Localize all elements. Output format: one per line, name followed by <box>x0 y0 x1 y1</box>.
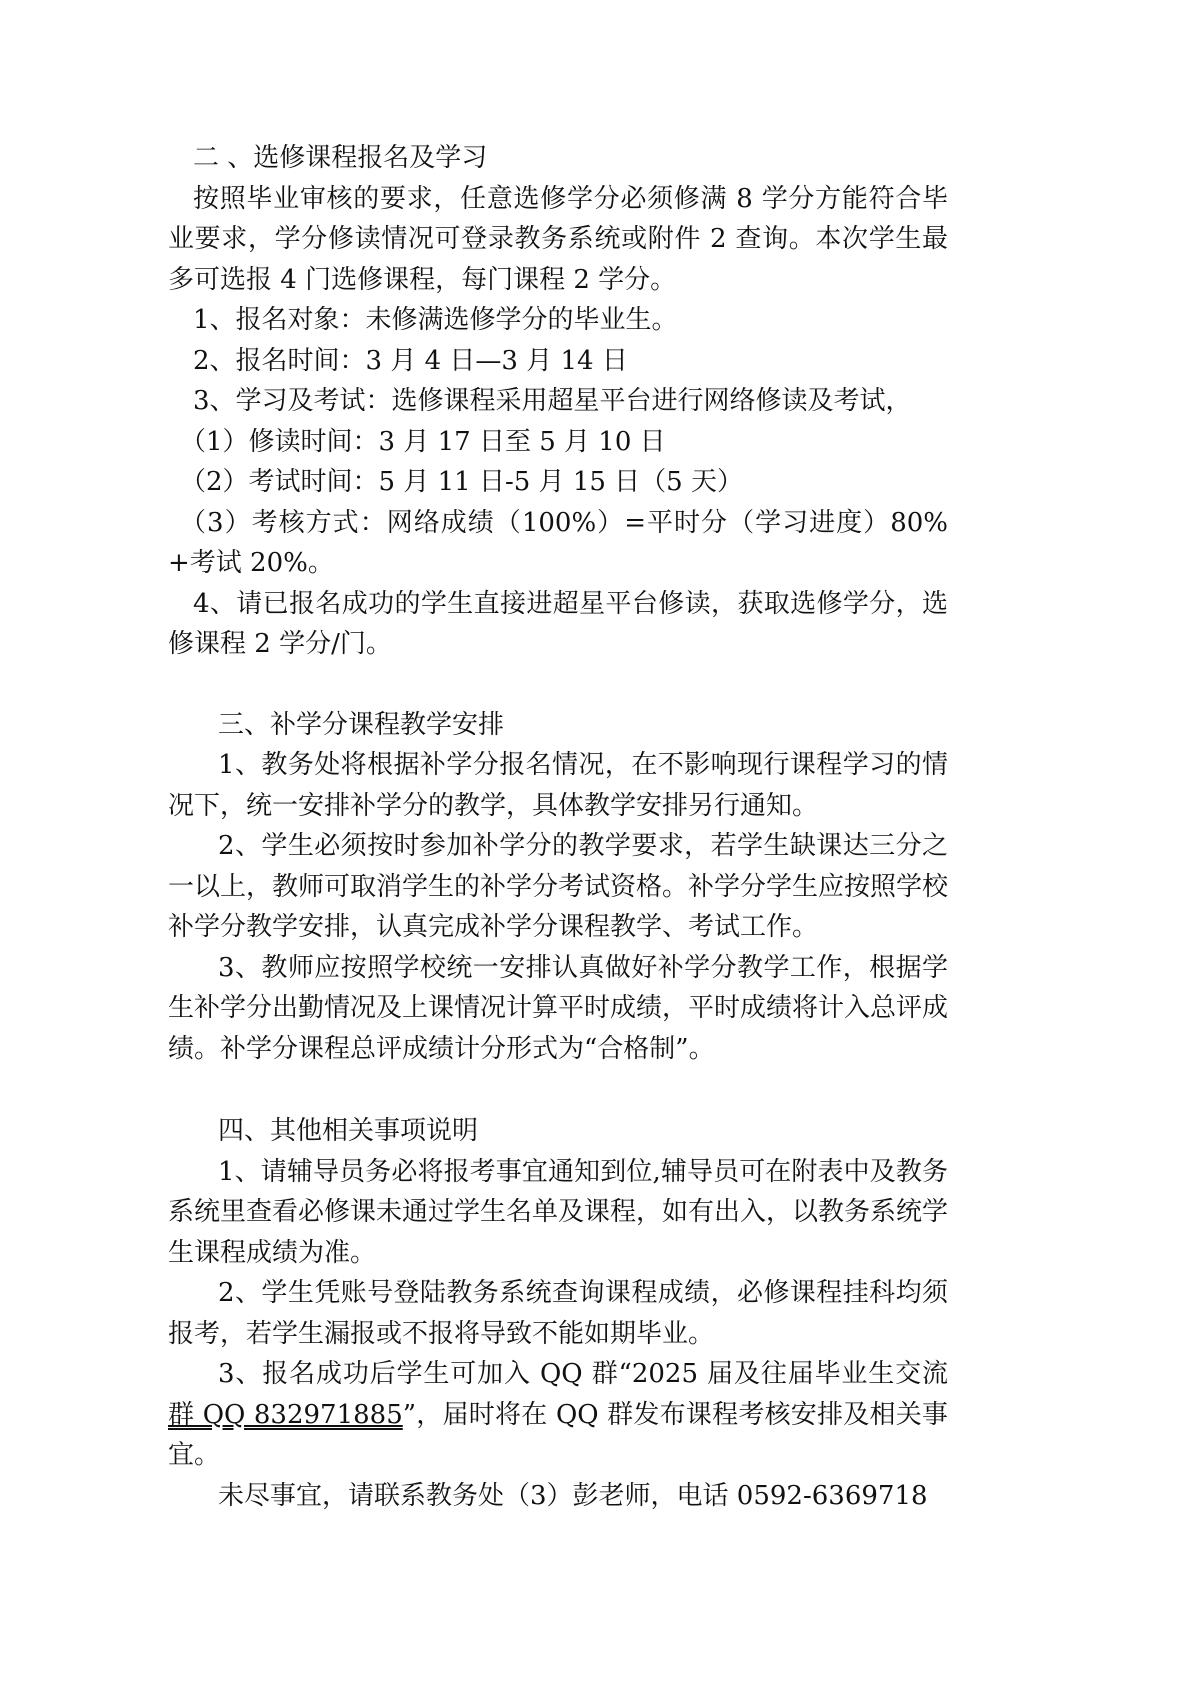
section-2-item-3: 3、学习及考试：选修课程采用超星平台进行网络修读及考试， <box>168 381 948 422</box>
section-3-item-3: 3、教师应按照学校统一安排认真做好补学分教学工作，根据学生补学分出勤情况及上课情… <box>168 948 948 1070</box>
closing-contact: 未尽事宜，请联系教务处（3）彭老师，电话 0592-6369718 <box>168 1476 948 1517</box>
document-page: 二 、选修课程报名及学习 按照毕业审核的要求，任意选修学分必须修满 8 学分方能… <box>168 138 948 1516</box>
section-4-item-3: 3、报名成功后学生可加入 QQ 群“2025 届及往届毕业生交流群 QQ 832… <box>168 1354 948 1476</box>
section-3-item-1: 1、教务处将根据补学分报名情况，在不影响现行课程学习的情况下，统一安排补学分的教… <box>168 745 948 826</box>
section-2-subitem-2: （2）考试时间：5 月 11 日-5 月 15 日（5 天） <box>168 462 948 503</box>
section-4-item-1: 1、请辅导员务必将报考事宜通知到位,辅导员可在附表中及教务系统里查看必修课未通过… <box>168 1152 948 1274</box>
spacer <box>168 1069 948 1111</box>
item-3-prefix: 3、报名成功后学生可加入 QQ 群“2025 届及往届毕业生交流 <box>218 1359 948 1389</box>
section-2-item-1: 1、报名对象：未修满选修学分的毕业生。 <box>168 300 948 341</box>
section-3-item-2: 2、学生必须按时参加补学分的教学要求，若学生缺课达三分之一以上，教师可取消学生的… <box>168 826 948 948</box>
spacer <box>168 665 948 705</box>
section-4-heading: 四、其他相关事项说明 <box>168 1111 948 1152</box>
qq-group-link[interactable]: 群 QQ 832971885 <box>168 1400 403 1430</box>
section-3-heading: 三、补学分课程教学安排 <box>168 705 948 746</box>
section-4-item-2: 2、学生凭账号登陆教务系统查询课程成绩，必修课程挂科均须报考，若学生漏报或不报将… <box>168 1273 948 1354</box>
section-2-subitem-3: （3）考核方式：网络成绩（100%）=平时分（学习进度）80%+考试 20%。 <box>168 503 948 584</box>
section-2-item-4: 4、请已报名成功的学生直接进超星平台修读，获取选修学分，选修课程 2 学分/门。 <box>168 584 948 665</box>
section-2-heading: 二 、选修课程报名及学习 <box>168 138 948 179</box>
section-2-subitem-1: （1）修读时间：3 月 17 日至 5 月 10 日 <box>168 422 948 463</box>
section-2-item-2: 2、报名时间：3 月 4 日—3 月 14 日 <box>168 341 948 382</box>
section-2-intro: 按照毕业审核的要求，任意选修学分必须修满 8 学分方能符合毕业要求，学分修读情况… <box>168 179 948 301</box>
